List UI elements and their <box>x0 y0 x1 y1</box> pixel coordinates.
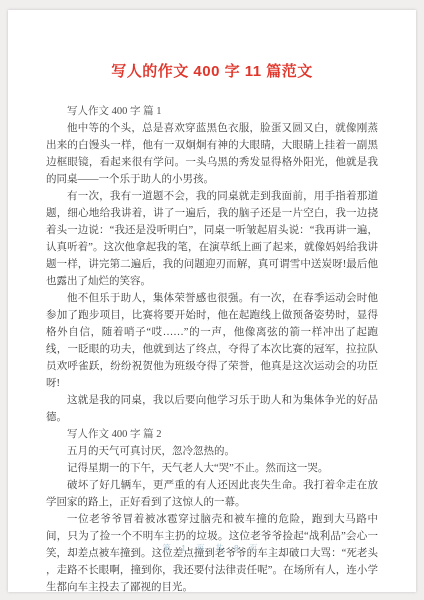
section-1-paragraph-4: 这就是我的同桌，我以后要向他学习乐于助人和为集体争光的好品德。 <box>46 392 378 426</box>
screenshot-root: { "doc": { "title": "写人的作文 400 字 11 篇范文"… <box>0 0 424 600</box>
document-page[interactable]: 写人的作文 400 字 11 篇范文 写人作文 400 字 篇 1 他中等的个头… <box>8 10 416 592</box>
section-2-paragraph-2: 记得星期一的下午，天气老人大“哭”不止。然而这一哭。 <box>46 460 378 477</box>
section-1-paragraph-1: 他中等的个头，总是喜欢穿蓝黑色衣服，脸蛋又圆又白，就像刚蒸出来的白馒头一样，他有… <box>46 120 378 188</box>
section-2-paragraph-3: 破坏了好几辆车，更严重的有人还因此丧失生命。我打着伞走在放学回家的路上，正好看到… <box>46 477 378 511</box>
section-1-heading: 写人作文 400 字 篇 1 <box>46 103 378 120</box>
section-1-paragraph-2: 有一次，我有一道题不会，我的同桌就走到我面前，用手指着那道题，细心地给我讲着，讲… <box>46 188 378 290</box>
section-2-paragraph-1: 五月的天气可真讨厌，忽冷忽热的。 <box>46 443 378 460</box>
section-2-heading: 写人作文 400 字 篇 2 <box>46 426 378 443</box>
page-number-footer: 第 1 页 共 8 页 <box>8 542 416 554</box>
section-1-paragraph-3: 他不但乐于助人，集体荣誉感也很强。有一次，在春季运动会时他参加了跑步项目，比赛将… <box>46 290 378 392</box>
document-title: 写人的作文 400 字 11 篇范文 <box>46 60 378 81</box>
